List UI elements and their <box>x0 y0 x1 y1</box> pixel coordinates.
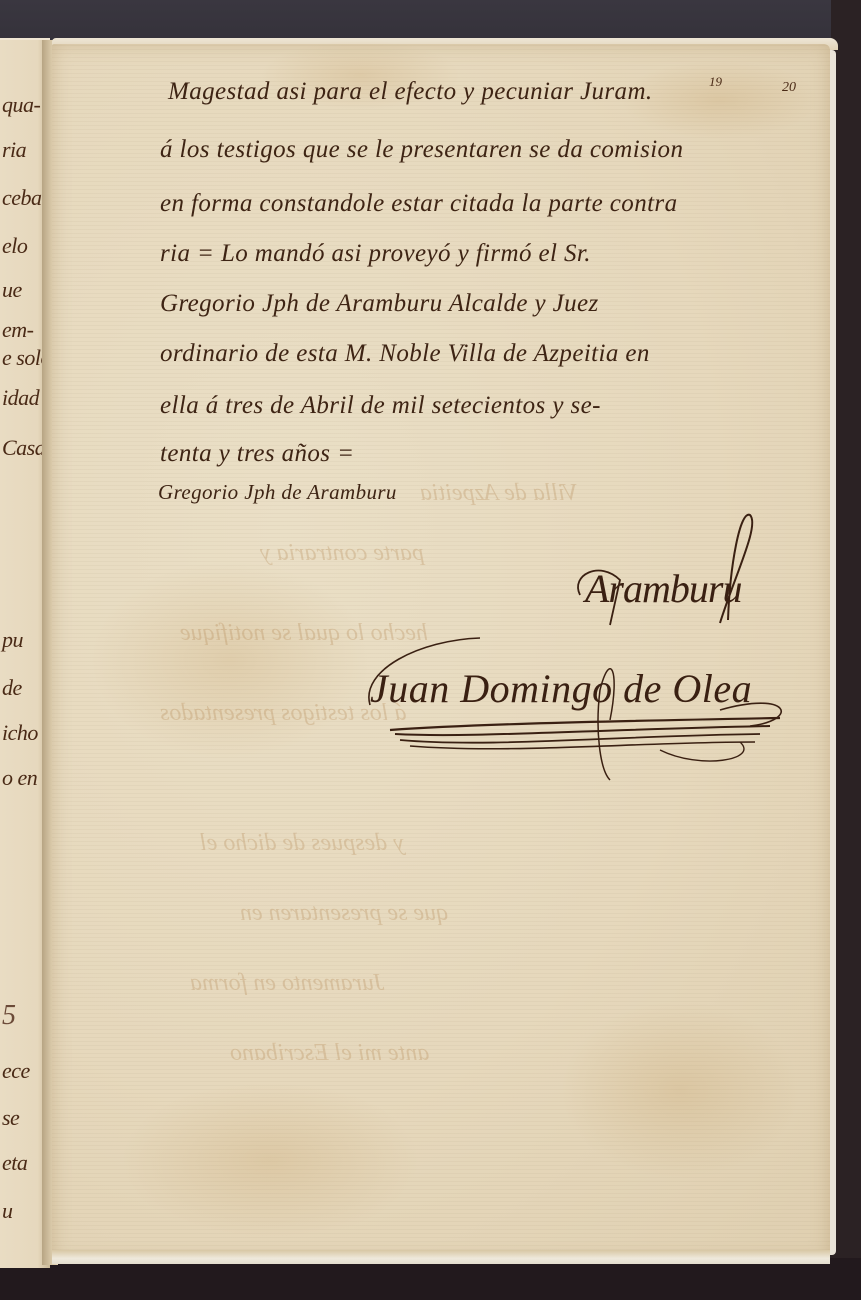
facing-fragment: de <box>2 675 22 701</box>
bleed-through: ante mi el Escribano <box>230 1040 429 1067</box>
facing-fragment: Casa <box>2 435 45 461</box>
subscription-line: Gregorio Jph de Aramburu <box>158 480 397 505</box>
bleed-through: Juramento en forma <box>190 970 385 997</box>
facing-fragment: ue <box>2 277 22 303</box>
facing-fragment: u <box>2 1198 13 1224</box>
notary-flourish-icon <box>360 630 800 790</box>
bleed-through: que se presentaren en <box>240 900 448 927</box>
facing-fragment: 5 <box>2 1000 16 1032</box>
manuscript-line: ella á tres de Abril de mil setecientos … <box>160 392 601 420</box>
facing-fragment: ceba <box>2 185 42 211</box>
manuscript-line: en forma constandole estar citada la par… <box>160 190 677 218</box>
bleed-through: parte contraria y <box>260 540 424 567</box>
manuscript-line: ordinario de esta M. Noble Villa de Azpe… <box>160 340 650 368</box>
facing-fragment: eta <box>2 1150 27 1176</box>
manuscript-line: ria = Lo mandó asi proveyó y firmó el Sr… <box>160 240 591 268</box>
facing-fragment: pu <box>2 627 23 653</box>
manuscript-line: tenta y tres años = <box>160 440 354 468</box>
facing-fragment: icho <box>2 720 38 746</box>
manuscript-line: á los testigos que se le presentaren se … <box>160 136 683 164</box>
bleed-through: y despues de dicho el <box>200 830 404 857</box>
rubric-flourish-icon <box>560 505 780 635</box>
folio-number: 19 <box>709 74 722 90</box>
facing-fragment: o en <box>2 765 37 791</box>
facing-fragment: em- <box>2 317 33 343</box>
facing-fragment: qua- <box>2 92 40 118</box>
facing-fragment: idad <box>2 385 39 411</box>
facing-fragment: ria <box>2 137 26 163</box>
manuscript-line: Magestad asi para el efecto y pecuniar J… <box>168 78 653 106</box>
scanner-background-bottom <box>0 1258 861 1300</box>
bleed-through: Villa de Azpeitia <box>420 480 578 507</box>
facing-fragment: se <box>2 1105 19 1131</box>
facing-fragment: elo <box>2 233 27 259</box>
manuscript-line: Gregorio Jph de Aramburu Alcalde y Juez <box>160 290 599 318</box>
folio-bottom-edge <box>52 1250 830 1264</box>
facing-fragment: ece <box>2 1058 30 1084</box>
folio-number: 20 <box>782 80 796 96</box>
